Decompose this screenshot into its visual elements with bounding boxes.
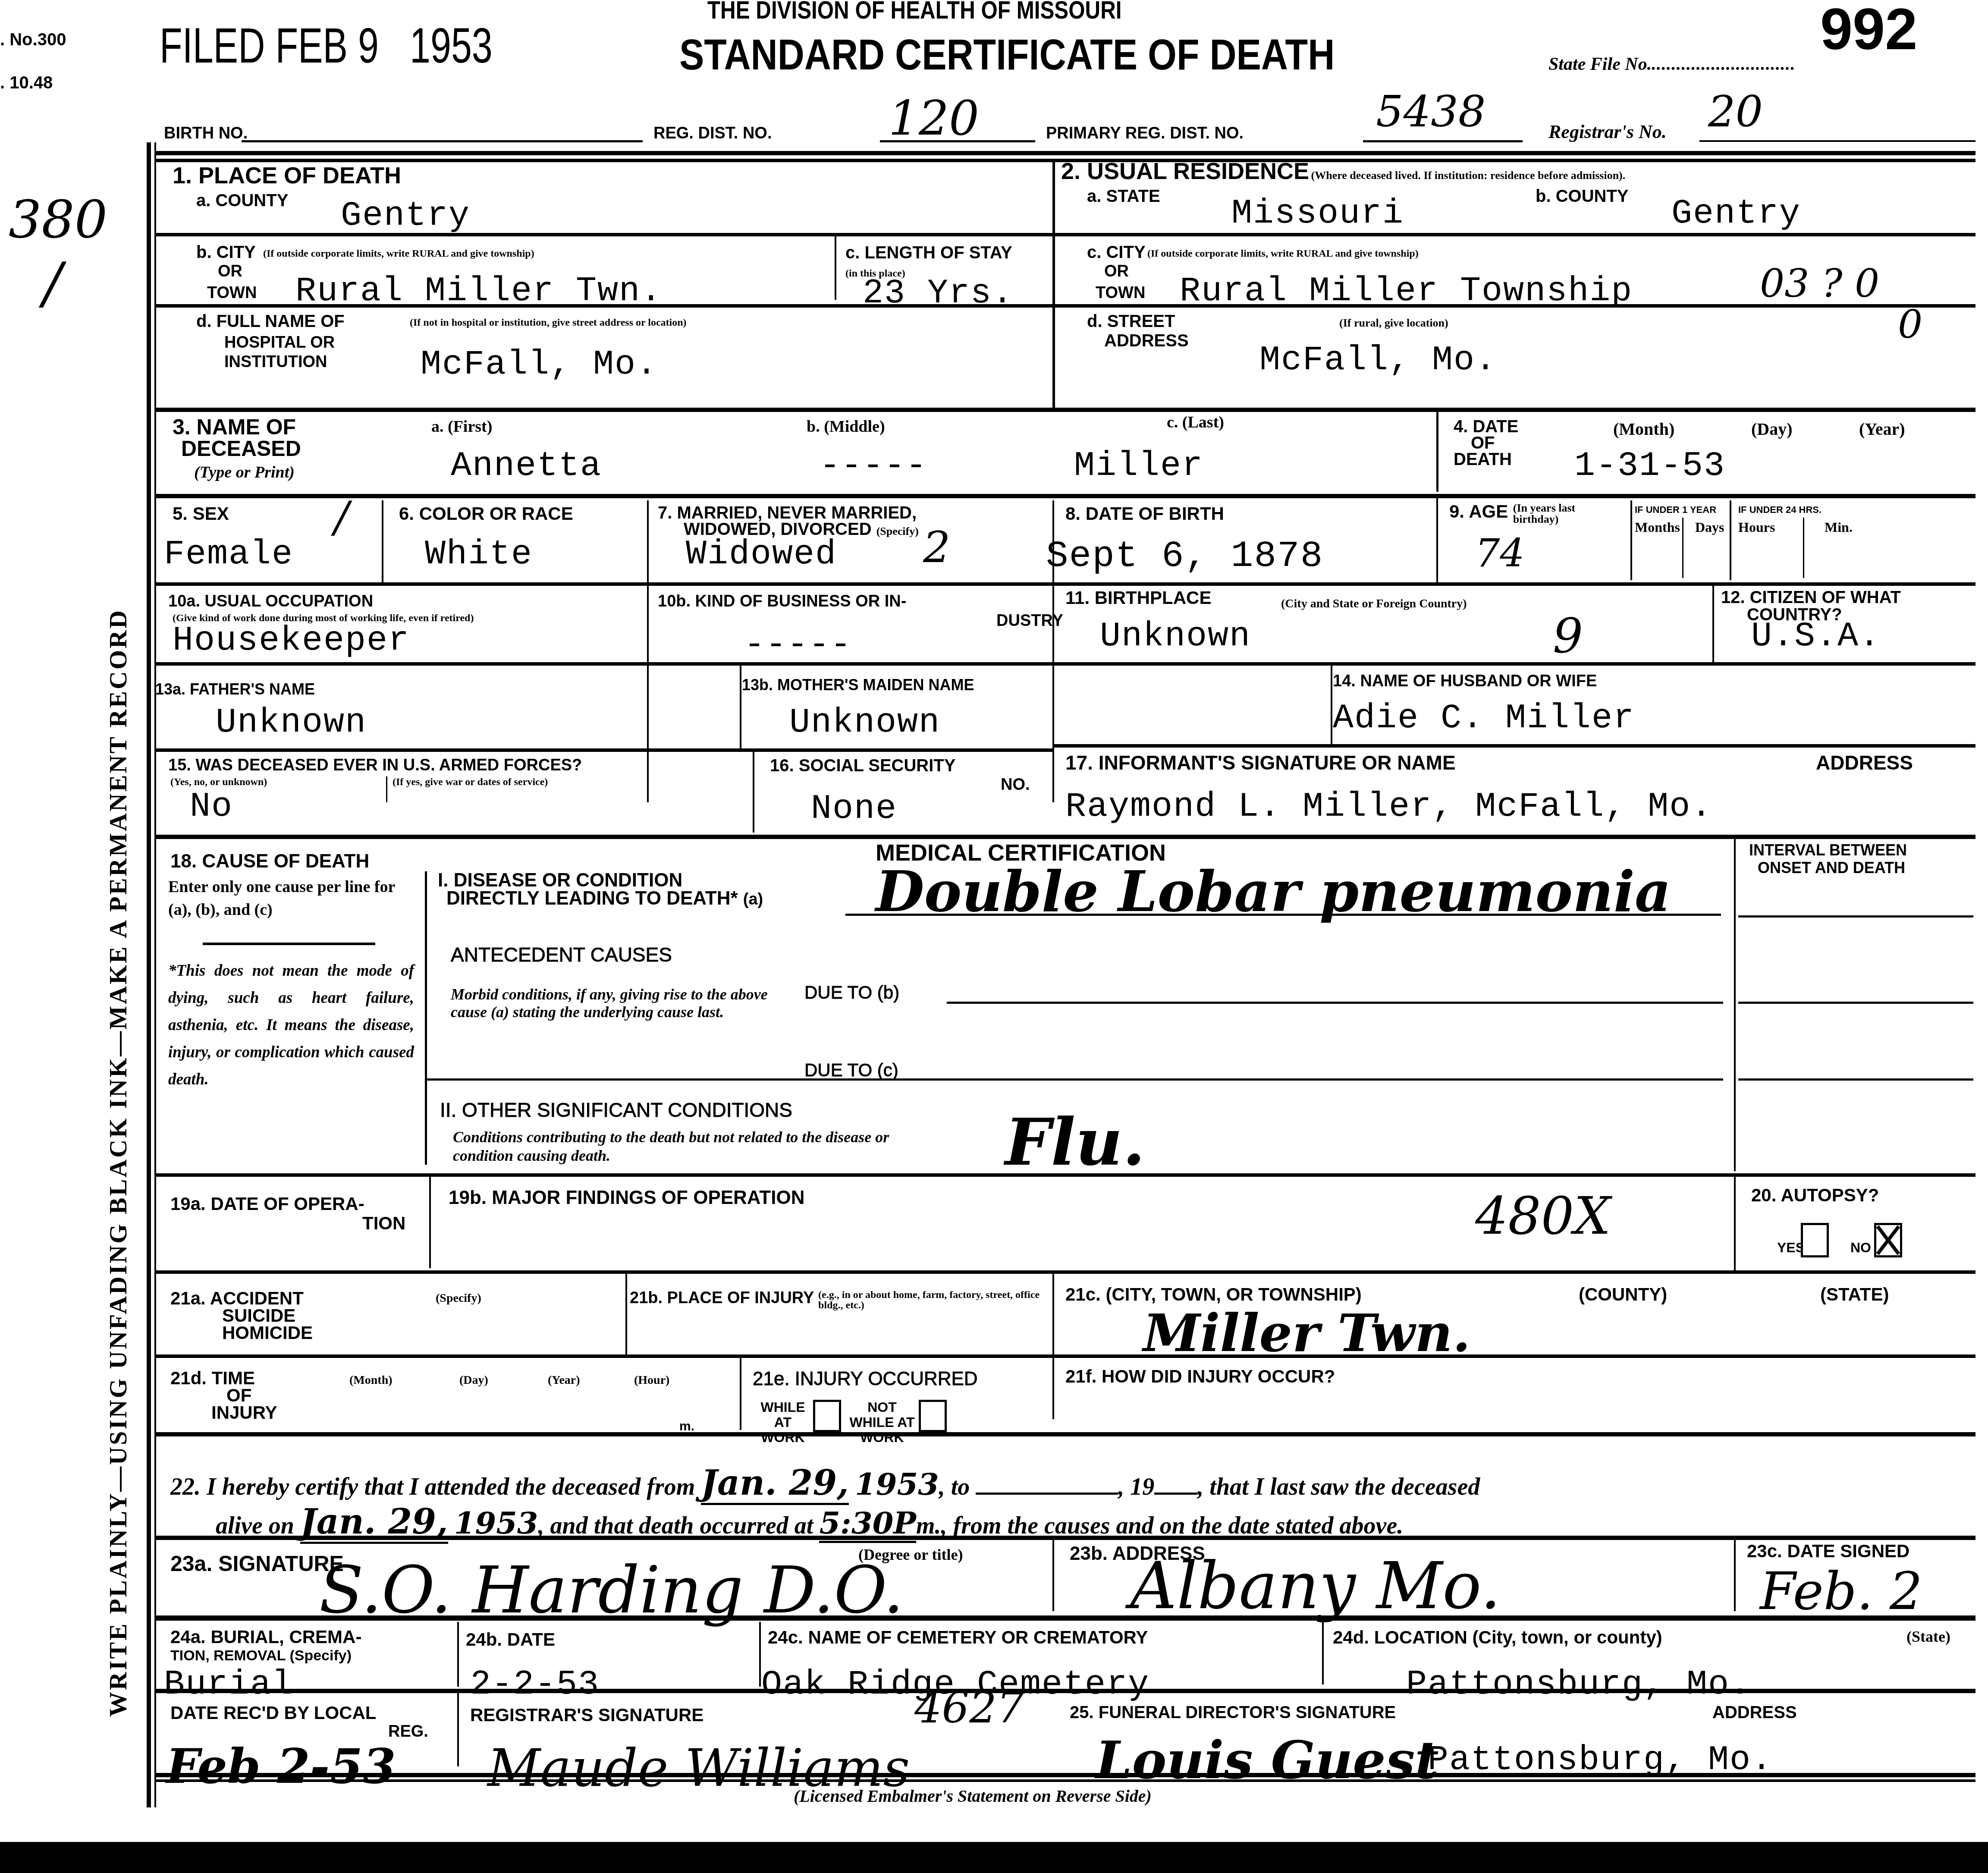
birth-no-line [242, 140, 643, 142]
ssn-value[interactable]: None [811, 789, 897, 829]
op-date-label: 19a. DATE OF OPERA- [170, 1195, 364, 1213]
side-instruction: WRITE PLAINLY—USING UNFADING BLACK INK—M… [104, 609, 132, 1717]
due-to-c-label: DUE TO (c) [804, 1061, 898, 1079]
signature-address-divider [1052, 1540, 1054, 1611]
rule-after-occupation [155, 662, 1975, 666]
rule-before-certification [155, 1432, 1975, 1436]
armed-forces-note-1: (Yes, no, or unknown) [170, 776, 267, 788]
op-code: 480X [1475, 1186, 1611, 1246]
injury-state-label: (STATE) [1820, 1285, 1889, 1304]
hospital-note: (If not in hospital or institution, give… [410, 317, 687, 328]
rule-before-operation [155, 1173, 1975, 1177]
registrar-number[interactable]: 20 [1708, 86, 1763, 137]
res-state-label: a. STATE [1087, 188, 1160, 205]
business-value[interactable]: ----- [744, 625, 852, 665]
cert-text-6: , and that death occurred at [538, 1512, 813, 1539]
res-city-town: TOWN [1096, 285, 1145, 301]
ssn-label: 16. SOCIAL SECURITY [770, 757, 955, 774]
months-days-divider [1682, 518, 1683, 578]
received-label-2: REG. [388, 1723, 428, 1740]
autopsy-no-label: NO [1850, 1240, 1871, 1255]
marital-value[interactable]: Widowed [686, 535, 837, 574]
injury-city-label: 21c. (CITY, TOWN, OR TOWNSHIP) [1065, 1285, 1362, 1304]
funeral-address-label: ADDRESS [1712, 1704, 1797, 1721]
injury-hour-label: (Hour) [634, 1374, 669, 1387]
other-conditions-label: II. OTHER SIGNIFICANT CONDITIONS [440, 1100, 792, 1120]
occupation-value[interactable]: Housekeeper [173, 621, 410, 660]
interval-label-1: INTERVAL BETWEEN [1749, 841, 1907, 859]
date-signed-value[interactable]: Feb. 2 [1760, 1562, 1922, 1622]
death-county-value[interactable]: Gentry [341, 196, 470, 236]
burial-date-label: 24b. DATE [466, 1631, 555, 1649]
sex-divider [382, 500, 383, 582]
res-city-or: OR [1104, 263, 1129, 280]
interval-line-b [1738, 1002, 1973, 1004]
race-divider [647, 500, 649, 802]
op-date-divider [429, 1175, 431, 1268]
rule-after-parents-right [1052, 744, 1975, 748]
father-value[interactable]: Unknown [216, 703, 367, 742]
reg-dist-number[interactable]: 120 [889, 91, 979, 146]
res-street-value[interactable]: McFall, Mo. [1259, 341, 1497, 380]
business-label-2: DUSTRY [996, 613, 1063, 629]
antecedent-note: Morbid conditions, if any, giving rise t… [451, 986, 796, 1021]
marital-note: (Specify) [876, 525, 919, 537]
injury-place-label: 21b. PLACE OF INJURY (e.g., in or about … [630, 1290, 1060, 1310]
res-street-code: 0 [1898, 302, 1922, 347]
scan-border-bottom [0, 1842, 1988, 1873]
state-file-label: State File No...........................… [1548, 54, 1796, 75]
armed-ssn-divider [753, 751, 754, 833]
form-number: . No.300 [0, 30, 66, 50]
father-label: 13a. FATHER'S NAME [155, 682, 315, 697]
sex-code: / [334, 492, 349, 542]
state-file-number: 992 [1820, 0, 1917, 63]
footer-note: (Licensed Embalmer's Statement on Revers… [794, 1786, 1152, 1806]
stay-label-text: c. LENGTH OF STAY [845, 243, 1012, 262]
funeral-director-label: 25. FUNERAL DIRECTOR'S SIGNATURE [1070, 1704, 1396, 1721]
ssn-label-2: NO. [1001, 776, 1030, 793]
cause-left-divider [425, 871, 427, 1165]
mother-label: 13b. MOTHER'S MAIDEN NAME [742, 677, 974, 693]
birth-no-label: BIRTH NO. [164, 125, 248, 141]
antecedent-label: ANTECEDENT CAUSES [451, 945, 672, 965]
cert-text-7: m., from the causes and on the date stat… [916, 1512, 1403, 1539]
res-city-label: c. CITY [1087, 244, 1146, 261]
location-label: 24d. LOCATION (City, town, or county) [1333, 1628, 1662, 1647]
other-conditions-value[interactable]: Flu. [1005, 1104, 1145, 1180]
age-label: 9. AGE (In years last birthday) [1449, 503, 1595, 525]
op-date-label-2: TION [362, 1214, 405, 1232]
birthplace-label: 11. BIRTHPLACE [1065, 589, 1211, 607]
date-of-death-value[interactable]: 1-31-53 [1574, 446, 1725, 486]
agency-name: THE DIVISION OF HEALTH OF MISSOURI [707, 0, 1121, 25]
injury-year-label: (Year) [548, 1374, 580, 1387]
last-name-value[interactable]: Miller [1074, 446, 1203, 486]
dod-month-label: (Month) [1613, 421, 1674, 438]
other-conditions-note: Conditions contributing to the death but… [453, 1128, 927, 1165]
margin-handwritten-code: 380 [9, 190, 107, 250]
physician-address[interactable]: Albany Mo. [1130, 1549, 1501, 1624]
due-to-b-label: DUE TO (b) [804, 984, 899, 1002]
page-title: STANDARD CERTIFICATE OF DEATH [679, 30, 1335, 80]
injury-place-note: (e.g., in or about home, farm, factory, … [818, 1290, 1060, 1310]
age-label-text: 9. AGE [1449, 501, 1508, 522]
race-label: 6. COLOR OR RACE [399, 505, 573, 523]
under24-divider [1730, 500, 1731, 580]
primary-reg-dist-label: PRIMARY REG. DIST. NO. [1046, 125, 1244, 141]
date-signed-label: 23c. DATE SIGNED [1747, 1542, 1909, 1560]
injury-time-3: INJURY [170, 1402, 277, 1423]
spouse-value[interactable]: Adie C. Miller [1333, 699, 1635, 738]
rule-after-residence [155, 408, 1975, 412]
rule-after-parents-left [155, 748, 1052, 752]
cert-text-3: , 19 [1118, 1474, 1154, 1500]
injury-day-label: (Day) [459, 1374, 488, 1387]
hospital-value[interactable]: McFall, Mo. [421, 345, 658, 384]
place-of-death-label: 1. PLACE OF DEATH [173, 164, 401, 187]
injury-place-text: 21b. PLACE OF INJURY [630, 1289, 814, 1307]
disease-label: I. DISEASE OR CONDITION DIRECTLY LEADING… [438, 871, 763, 908]
dod-divider [1436, 412, 1438, 492]
business-label: 10b. KIND OF BUSINESS OR IN- [658, 593, 906, 610]
citizen-value[interactable]: U.S.A. [1751, 617, 1881, 656]
checkbox-x-icon [1876, 1225, 1900, 1255]
name-label-2: DECEASED [173, 437, 301, 461]
dod-label: 4. DATE OF DEATH [1454, 418, 1518, 468]
armed-forces-value[interactable]: No [190, 787, 233, 827]
sex-value[interactable]: Female [164, 535, 293, 574]
res-city-note: (If outside corporate limits, write RURA… [1147, 248, 1419, 259]
autopsy-divider [1734, 1175, 1736, 1270]
hospital-label: d. FULL NAME OF [196, 313, 345, 330]
location-state-label: (State) [1906, 1628, 1950, 1646]
interval-line-c [1738, 1078, 1973, 1081]
rule-injury-mid [155, 1354, 1975, 1358]
injury-type-3: HOMICIDE [170, 1323, 313, 1343]
age-value[interactable]: 74 [1475, 531, 1525, 576]
cert-text-5: alive on [216, 1512, 294, 1539]
res-street-note: (If rural, give location) [1339, 317, 1448, 330]
marital-code: 2 [923, 522, 951, 572]
rule-before-medical [155, 835, 1975, 839]
cause-b-line [947, 1002, 1723, 1004]
hours-min-divider [1803, 518, 1804, 578]
pod-rule-2 [155, 304, 1052, 308]
autopsy-no-checkbox[interactable] [1874, 1223, 1902, 1257]
injury-occurred-label: 21e. INJURY OCCURRED [753, 1370, 978, 1389]
res-city-code: 03 ? 0 [1760, 261, 1879, 306]
res-street-label-2: ADDRESS [1104, 332, 1189, 349]
marital-label: 7. MARRIED, NEVER MARRIED, WIDOWED, DIVO… [658, 505, 919, 537]
injury-time-divider [740, 1357, 741, 1430]
primary-reg-dist-line [1363, 140, 1523, 142]
under24-label: IF UNDER 24 HRS. [1738, 505, 1822, 515]
burial-method-label-1: 24a. BURIAL, CREMA- [170, 1627, 361, 1647]
location-value[interactable]: Pattonsburg, Mo. [1406, 1665, 1751, 1704]
registrar-divider [457, 1693, 459, 1766]
dod-year-label: (Year) [1859, 421, 1905, 438]
cemetery-label: 24c. NAME OF CEMETERY OR CREMATORY [768, 1628, 1148, 1647]
rule-bottom-2 [155, 1779, 1975, 1782]
injury-month-label: (Month) [349, 1374, 393, 1387]
primary-reg-dist-number[interactable]: 5438 [1376, 86, 1486, 137]
mother-spouse-divider [1331, 664, 1332, 746]
state-file-label-text: State File No. [1548, 54, 1652, 74]
race-value[interactable]: White [425, 535, 533, 574]
days-label: Days [1695, 520, 1724, 535]
birthplace-code: 9 [1553, 608, 1583, 663]
usual-residence-label: 2. USUAL RESIDENCE [1061, 158, 1309, 184]
autopsy-yes-checkbox[interactable] [1801, 1223, 1829, 1257]
father-mother-divider [740, 664, 741, 748]
cert-text-1: 22. I hereby certify that I attended the… [170, 1474, 695, 1500]
not-at-work-label: NOT WHILE AT WORK [848, 1400, 917, 1446]
death-city-note: (If outside corporate limits, write RURA… [263, 248, 534, 259]
dob-label: 8. DATE OF BIRTH [1065, 505, 1224, 523]
location-divider [1322, 1622, 1324, 1684]
registrar-no-label: Registrar's No. [1548, 121, 1667, 143]
cause-instructions: Enter only one cause per line for (a), (… [168, 876, 418, 921]
citizen-label: 12. CITIZEN OF WHAT [1721, 589, 1901, 606]
informant-label: 17. INFORMANT'S SIGNATURE OR NAME [1065, 753, 1456, 773]
burial-date-divider [457, 1622, 459, 1687]
cert-year-blank[interactable] [1154, 1493, 1197, 1495]
res-state-value[interactable]: Missouri [1231, 194, 1404, 233]
state-file-dots: ............................. [1652, 54, 1796, 74]
burial-method-value[interactable]: Burial [164, 1665, 293, 1704]
signature-label: 23a. SIGNATURE [170, 1553, 344, 1574]
cert-text-2: , to [939, 1474, 970, 1500]
cause-c-line [427, 1078, 1723, 1081]
rule-before-registrar [155, 1689, 1975, 1693]
citizen-divider [1712, 585, 1714, 662]
pod-rule-1 [155, 233, 1052, 236]
cause-a-line [845, 914, 1721, 916]
injury-type-label: 21a. ACCIDENT SUICIDE HOMICIDE [170, 1290, 313, 1342]
usual-residence-note: (Where deceased lived. If institution: r… [1311, 169, 1626, 182]
injury-time-label: 21d. TIME OF INJURY [170, 1370, 277, 1421]
decedent-name-label: 3. NAME OF DECEASED (Type or Print) [173, 416, 301, 481]
stay-divider [835, 235, 836, 300]
under1-divider [1630, 500, 1632, 580]
rule-after-sex [155, 582, 1975, 586]
disease-label-2: DIRECTLY LEADING TO DEATH* [438, 888, 738, 909]
cause-of-death-label: 18. CAUSE OF DEATH [170, 852, 369, 871]
name-label-1: 3. NAME OF [173, 415, 296, 439]
age-divider [1436, 498, 1438, 582]
certification-line-1: 22. I hereby certify that I attended the… [170, 1462, 1480, 1503]
informant-address-label: ADDRESS [1816, 753, 1913, 773]
injury-county-label: (COUNTY) [1579, 1285, 1667, 1304]
rule-before-injury [155, 1270, 1975, 1274]
registrar-no-line [1699, 140, 1975, 142]
frame-inner-line [154, 142, 156, 1807]
burial-method-label-2: TION, REMOVAL (Specify) [170, 1647, 352, 1664]
injury-type-divider [625, 1273, 627, 1354]
cemetery-divider [759, 1622, 761, 1687]
sex-label: 5. SEX [173, 505, 229, 523]
interval-line-a [1738, 915, 1973, 918]
birthplace-note: (City and State or Foreign Country) [1281, 597, 1467, 611]
occupation-label: 10a. USUAL OCCUPATION [168, 593, 373, 610]
filed-stamp: FILED FEB 9 1953 [160, 17, 493, 74]
address-date-divider [1734, 1540, 1736, 1611]
cert-from-date[interactable]: Jan. 29, [701, 1462, 849, 1505]
armed-forces-label: 15. WAS DECEASED EVER IN U.S. ARMED FORC… [168, 757, 582, 773]
res-county-value[interactable]: Gentry [1671, 194, 1801, 233]
registrar-code: 4627 [914, 1682, 1024, 1733]
rule-before-burial [155, 1615, 1975, 1621]
spouse-label: 14. NAME OF HUSBAND OR WIFE [1333, 673, 1597, 689]
mother-value[interactable]: Unknown [789, 703, 940, 742]
age-note: (In years last birthday) [1513, 503, 1595, 525]
received-label: DATE REC'D BY LOCAL [170, 1704, 376, 1722]
at-work-label: WHILE AT WORK [755, 1400, 811, 1446]
injury-type-note: (Specify) [436, 1292, 481, 1305]
cause-footnote: *This does not mean the mode of dying, s… [168, 958, 414, 1093]
death-city-label: b. CITY [196, 244, 256, 261]
res-rule-1 [1055, 233, 1975, 236]
hospital-label-2: HOSPITAL OR [224, 334, 335, 351]
registrar-label: REGISTRAR'S SIGNATURE [470, 1706, 703, 1724]
header-rule-1 [155, 151, 1975, 155]
first-name-value[interactable]: Annetta [451, 446, 602, 486]
armed-note-divider [386, 776, 387, 802]
interval-label: INTERVAL BETWEEN ONSET AND DEATH [1749, 841, 1907, 877]
received-value[interactable]: Feb 2-53 [166, 1738, 396, 1794]
informant-value[interactable]: Raymond L. Miller, McFall, Mo. [1065, 787, 1712, 827]
rule-bottom-1 [155, 1773, 1975, 1777]
res-county-label: b. COUNTY [1536, 188, 1629, 205]
line-a-label: (a) [743, 890, 763, 908]
min-label: Min. [1825, 520, 1853, 535]
under1-label: IF UNDER 1 YEAR [1635, 505, 1716, 515]
not-at-work-checkbox[interactable] [919, 1400, 947, 1432]
birthplace-value[interactable]: Unknown [1100, 617, 1251, 656]
how-injury-label: 21f. HOW DID INJURY OCCUR? [1065, 1367, 1335, 1386]
rule-after-name [155, 494, 1975, 498]
form-revision-date: . 10.48 [0, 73, 53, 93]
injury-m-label: m. [679, 1419, 694, 1433]
hospital-label-3: INSTITUTION [224, 354, 327, 370]
interval-label-2: ONSET AND DEATH [1749, 859, 1905, 877]
rule-before-signature [155, 1536, 1975, 1540]
section-1-2-divider [1052, 160, 1055, 408]
death-city-town: TOWN [207, 285, 257, 301]
middle-name-value[interactable]: ----- [820, 446, 927, 486]
burial-date-value[interactable]: 2-2-53 [470, 1665, 600, 1704]
autopsy-label: 20. AUTOPSY? [1751, 1186, 1879, 1204]
cert-text-4: , that I last saw the deceased [1197, 1474, 1480, 1500]
hours-label: Hours [1738, 520, 1775, 535]
death-city-or: OR [218, 263, 242, 280]
cause-instr-rule [203, 943, 375, 945]
interval-divider [1734, 839, 1736, 1171]
reg-dist-line [880, 140, 1035, 142]
burial-method-label: 24a. BURIAL, CREMA- TION, REMOVAL (Speci… [170, 1628, 361, 1663]
dob-value[interactable]: Sept 6, 1878 [1046, 535, 1323, 577]
armed-forces-note-2: (If yes, give war or dates of service) [393, 776, 548, 788]
name-label-3: (Type or Print) [173, 463, 295, 481]
middle-name-label: b. (Middle) [807, 418, 885, 435]
months-label: Months [1635, 520, 1680, 535]
res-rule-2 [1055, 304, 1975, 308]
death-county-label: a. COUNTY [196, 192, 288, 209]
first-name-label: a. (First) [431, 418, 492, 435]
injury-place-divider [1052, 1273, 1054, 1419]
cert-to-blank[interactable] [976, 1493, 1118, 1495]
res-street-label: d. STREET [1087, 313, 1175, 330]
usual-residence-header: 2. USUAL RESIDENCE (Where deceased lived… [1061, 160, 1625, 183]
last-name-label: c. (Last) [1167, 414, 1224, 431]
dod-day-label: (Day) [1751, 421, 1793, 438]
cert-from-year[interactable]: 1953 [855, 1466, 939, 1502]
dod-label-3: DEATH [1454, 450, 1512, 469]
reg-dist-label: REG. DIST. NO. [653, 125, 772, 141]
at-work-checkbox[interactable] [813, 1400, 841, 1432]
op-findings-label: 19b. MAJOR FINDINGS OF OPERATION [449, 1188, 804, 1207]
margin-handwritten-mark: / [43, 250, 62, 316]
